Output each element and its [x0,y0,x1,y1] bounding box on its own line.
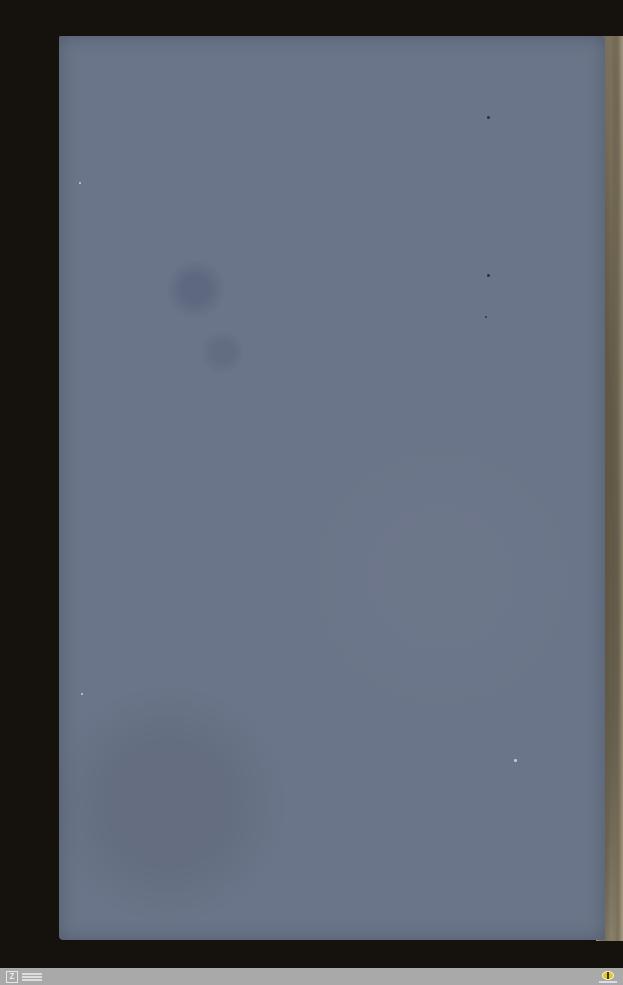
license-badge-text [599,981,617,983]
footer-credit-text [22,973,42,981]
paper-speck [81,693,83,695]
footer-right [599,971,617,983]
license-badge-icon [602,971,614,980]
paper-speck [487,274,490,277]
paper-speck [514,759,517,762]
paper-speck [485,316,487,318]
book-cover-board [59,36,605,940]
paper-speck [487,116,490,119]
paper-speck [79,182,81,184]
footer-left: Z [6,971,42,983]
footer-bar: Z [0,968,623,985]
library-logo-icon: Z [6,971,18,983]
